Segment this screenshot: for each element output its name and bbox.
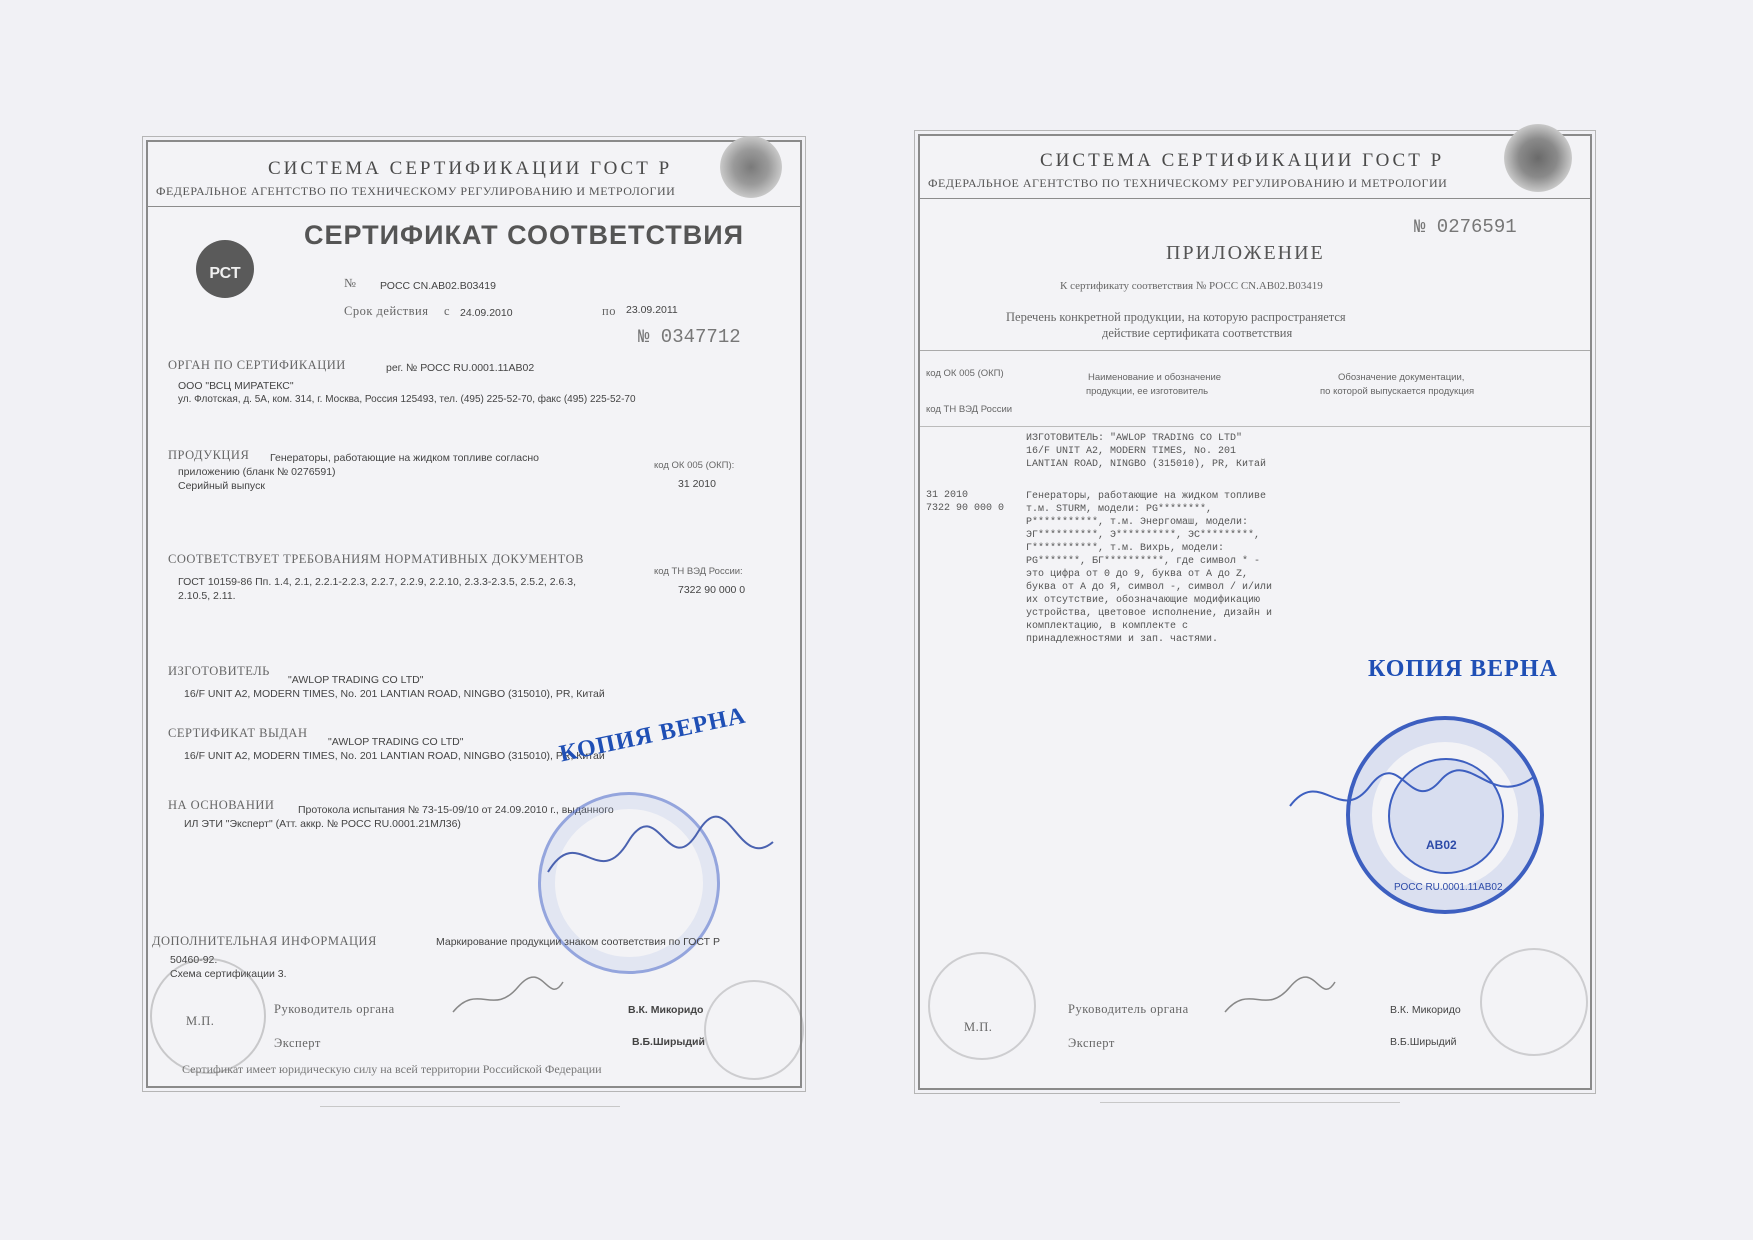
- seal-center-text: АВ02: [1426, 838, 1457, 852]
- issued-label: СЕРТИФИКАТ ВЫДАН: [168, 726, 308, 741]
- col1-header-1: код ОК 005 (ОКП): [926, 368, 1004, 379]
- product-line-3: Серийный выпуск: [178, 480, 265, 492]
- document-title: ПРИЛОЖЕНИЕ: [1166, 242, 1325, 265]
- manufacturer-line: ИЗГОТОВИТЕЛЬ: "AWLOP TRADING CO LTD": [1026, 432, 1266, 445]
- product-line: принадлежностями и зап. частями.: [1026, 633, 1272, 646]
- product-label: ПРОДУКЦИЯ: [168, 448, 249, 463]
- standard-line-2: 2.10.5, 2.11.: [178, 590, 236, 602]
- okp-code: 31 2010: [926, 490, 968, 501]
- okp-label: код ОК 005 (ОКП):: [654, 460, 734, 471]
- product-line: комплектацию, в комплекте с: [1026, 620, 1272, 633]
- tnved-value: 7322 90 000 0: [678, 584, 745, 596]
- product-block: Генераторы, работающие на жидком топливе…: [1026, 490, 1272, 646]
- tnved-label: код ТН ВЭД России:: [654, 566, 743, 577]
- from-label: с: [444, 304, 450, 319]
- head-signature: [1220, 972, 1340, 1022]
- product-line: устройства, цветовое исполнение, дизайн …: [1026, 607, 1272, 620]
- body-name: ООО "ВСЦ МИРАТЕКС": [178, 380, 294, 392]
- footer-note: Сертификат имеет юридическую силу на все…: [182, 1062, 602, 1077]
- signature: [1280, 756, 1540, 836]
- body-reg: рег. № РОСС RU.0001.11АВ02: [386, 362, 534, 374]
- manufacturer-name: "AWLOP TRADING CO LTD": [288, 674, 423, 686]
- issued-name: "AWLOP TRADING CO LTD": [328, 736, 463, 748]
- blank-number: № 0276591: [1414, 216, 1517, 238]
- tnved-code: 7322 90 000 0: [926, 503, 1004, 514]
- copy-certified-stamp: КОПИЯ ВЕРНА: [557, 703, 748, 769]
- corner-seal: [1480, 948, 1588, 1056]
- product-line: ЭГ**********, Э**********, ЭС*********,: [1026, 529, 1272, 542]
- expert-name: В.Б.Ширыдий: [1390, 1036, 1456, 1048]
- head-label: Руководитель органа: [1068, 1002, 1189, 1017]
- hologram-sticker: [720, 136, 782, 198]
- corner-seal: [704, 980, 804, 1080]
- system-title: СИСТЕМА СЕРТИФИКАЦИИ ГОСТ Р: [268, 158, 672, 180]
- agency-name: ФЕДЕРАЛЬНОЕ АГЕНТСТВО ПО ТЕХНИЧЕСКОМУ РЕ…: [156, 184, 675, 199]
- to-label: по: [602, 304, 616, 319]
- print-line: [320, 1106, 620, 1107]
- standard-line-1: ГОСТ 10159-86 Пп. 1.4, 2.1, 2.2.1-2.2.3,…: [178, 576, 576, 588]
- certificate-page: СИСТЕМА СЕРТИФИКАЦИИ ГОСТ Р ФЕДЕРАЛЬНОЕ …: [146, 140, 802, 1088]
- manufacturer-address: 16/F UNIT A2, MODERN TIMES, No. 201 LANT…: [184, 688, 605, 700]
- valid-to: 23.09.2011: [626, 304, 678, 316]
- expert-name: В.Б.Ширыдий: [632, 1036, 705, 1048]
- agency-name: ФЕДЕРАЛЬНОЕ АГЕНТСТВО ПО ТЕХНИЧЕСКОМУ РЕ…: [928, 176, 1447, 191]
- extra-info-label: ДОПОЛНИТЕЛЬНАЯ ИНФОРМАЦИЯ: [152, 934, 377, 949]
- expert-label: Эксперт: [1068, 1036, 1115, 1051]
- mp-label: М.П.: [186, 1014, 214, 1029]
- expert-label: Эксперт: [274, 1036, 321, 1051]
- manufacturer-block: ИЗГОТОВИТЕЛЬ: "AWLOP TRADING CO LTD"16/F…: [1026, 432, 1266, 471]
- conforms-label: СООТВЕТСТВУЕТ ТРЕБОВАНИЯМ НОРМАТИВНЫХ ДО…: [168, 552, 584, 567]
- appendix-page: СИСТЕМА СЕРТИФИКАЦИИ ГОСТ Р ФЕДЕРАЛЬНОЕ …: [918, 134, 1592, 1090]
- product-line: PG*******, БГ**********, где символ * -: [1026, 555, 1272, 568]
- head-signature: [448, 972, 568, 1022]
- product-line: их отсутствие, обозначающие модификацию: [1026, 594, 1272, 607]
- basis-label: НА ОСНОВАНИИ: [168, 798, 274, 813]
- to-certificate: К сертификату соответствия № РОСС CN.АВ0…: [1060, 280, 1323, 292]
- certificate-number: РОСС CN.АВ02.В03419: [380, 280, 496, 292]
- rst-logo-icon: РСТ: [196, 240, 254, 298]
- head-name: В.К. Микоридо: [628, 1004, 703, 1016]
- blank-number: № 0347712: [638, 326, 741, 348]
- product-line-1: Генераторы, работающие на жидком топливе…: [270, 452, 539, 464]
- list-title-2: действие сертификата соответствия: [1102, 326, 1292, 341]
- number-label: №: [344, 276, 356, 291]
- body-label: ОРГАН ПО СЕРТИФИКАЦИИ: [168, 358, 346, 373]
- okp-value: 31 2010: [678, 478, 716, 490]
- product-line: это цифра от 0 до 9, буква от A до Z,: [1026, 568, 1272, 581]
- print-line: [1100, 1102, 1400, 1103]
- system-title: СИСТЕМА СЕРТИФИКАЦИИ ГОСТ Р: [1040, 150, 1444, 172]
- product-line: P***********, т.м. Энергомаш, модели:: [1026, 516, 1272, 529]
- col2-header-1: Наименование и обозначение: [1088, 372, 1221, 383]
- validity-label: Срок действия: [344, 304, 429, 319]
- seal-bottom-text: РОСС RU.0001.11АВ02: [1394, 882, 1503, 893]
- mp-seal: [928, 952, 1036, 1060]
- signature: [538, 802, 778, 902]
- col3-header-1: Обозначение документации,: [1338, 372, 1464, 383]
- col2-header-2: продукции, ее изготовитель: [1086, 386, 1208, 397]
- hologram-sticker: [1504, 124, 1572, 192]
- head-name: В.К. Микоридо: [1390, 1004, 1461, 1016]
- body-address: ул. Флотская, д. 5А, ком. 314, г. Москва…: [178, 394, 636, 405]
- manufacturer-line: LANTIAN ROAD, NINGBO (315010), PR, Китай: [1026, 458, 1266, 471]
- col1-header-2: код ТН ВЭД России: [926, 404, 1012, 415]
- copy-certified-stamp: КОПИЯ ВЕРНА: [1368, 656, 1558, 683]
- extra-line-1: Маркирование продукции знаком соответств…: [436, 936, 720, 948]
- product-line: Генераторы, работающие на жидком топливе: [1026, 490, 1272, 503]
- product-line: Г***********, т.м. Вихрь, модели:: [1026, 542, 1272, 555]
- product-line: буква от А до Я, символ -, символ / и/ил…: [1026, 581, 1272, 594]
- list-title-1: Перечень конкретной продукции, на котору…: [1006, 310, 1346, 325]
- product-line: т.м. STURM, модели: PG********,: [1026, 503, 1272, 516]
- product-line-2: приложению (бланк № 0276591): [178, 466, 336, 478]
- basis-line-2: ИЛ ЭТИ "Эксперт" (Атт. аккр. № РОСС RU.0…: [184, 818, 461, 830]
- head-label: Руководитель органа: [274, 1002, 395, 1017]
- manufacturer-label: ИЗГОТОВИТЕЛЬ: [168, 664, 270, 679]
- mp-label: М.П.: [964, 1020, 992, 1035]
- col3-header-2: по которой выпускается продукция: [1320, 386, 1474, 397]
- document-title: СЕРТИФИКАТ СООТВЕТСТВИЯ: [304, 220, 744, 251]
- valid-from: 24.09.2010: [460, 307, 513, 319]
- manufacturer-line: 16/F UNIT A2, MODERN TIMES, No. 201: [1026, 445, 1266, 458]
- issued-address: 16/F UNIT A2, MODERN TIMES, No. 201 LANT…: [184, 750, 605, 762]
